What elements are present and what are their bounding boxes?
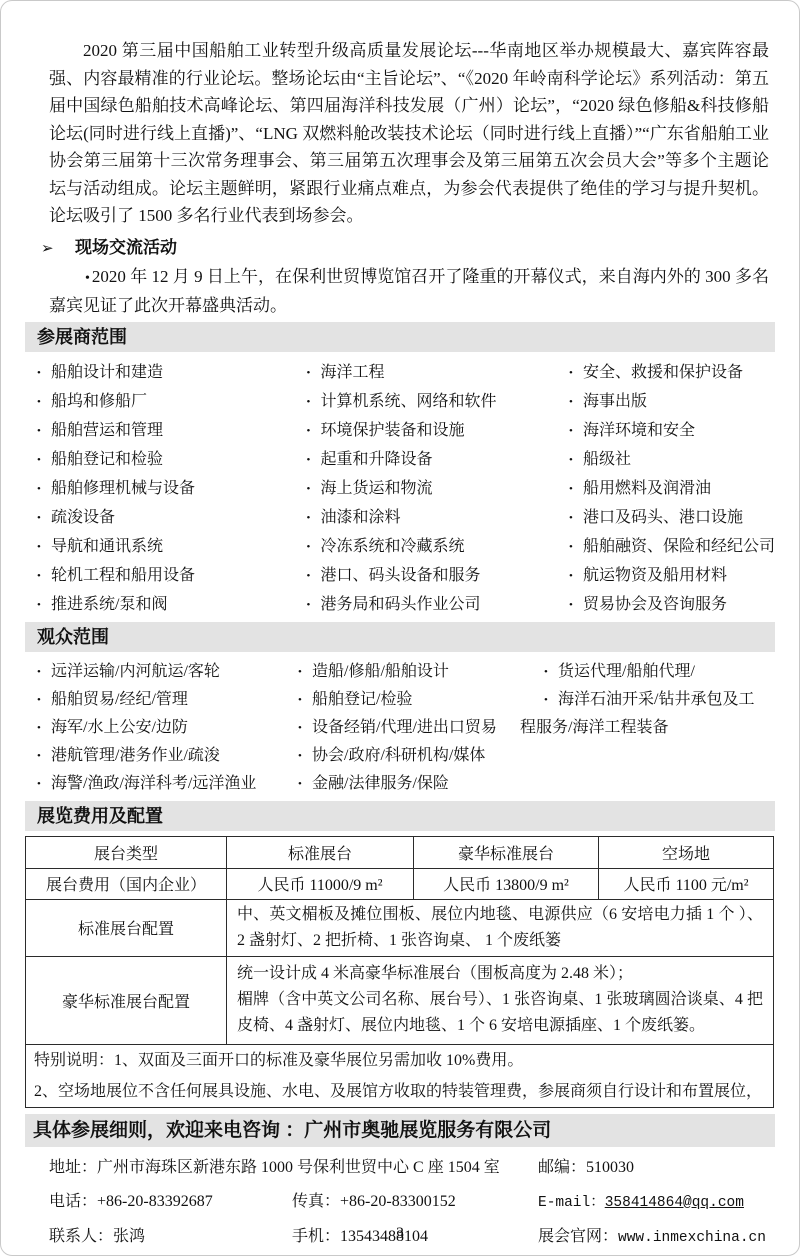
bullet-icon: • <box>544 686 558 714</box>
list-item: •轮机工程和船用设备 <box>37 561 306 590</box>
onsite-activities-heading: ➢现场交流活动 <box>41 235 769 261</box>
contact-header: 具体参展细则，欢迎来电咨询 ：广州市奥驰展览服务有限公司 <box>25 1114 775 1147</box>
list-item: •船舶营运和管理 <box>37 416 306 445</box>
list-item: •协会/政府/科研机构/媒体 <box>298 742 544 770</box>
section-header-fees: 展览费用及配置 <box>25 801 775 831</box>
address-field: 地址：广州市海珠区新港东路 1000 号保利世贸中心 C 座 1504 室 <box>49 1151 538 1185</box>
bullet-icon: • <box>37 658 51 686</box>
bullet-icon: • <box>306 417 320 445</box>
bullet-icon: • <box>85 271 90 286</box>
onsite-activities-title: 现场交流活动 <box>75 238 177 257</box>
bullet-icon: • <box>37 417 51 445</box>
list-item: •海警/渔政/海洋科考/远洋渔业 <box>37 770 298 798</box>
bullet-icon: • <box>37 686 51 714</box>
list-item: •船舶贸易/经纪/管理 <box>37 686 298 714</box>
list-item: •推进系统/泵和阀 <box>37 590 306 619</box>
column-header: 豪华标准展台 <box>414 836 599 868</box>
onsite-paragraph: •2020 年 12 月 9 日上午，在保利世贸博览馆召开了隆重的开幕仪式，来自… <box>49 263 769 320</box>
bullet-icon: • <box>306 504 320 532</box>
bullet-icon: • <box>306 475 320 503</box>
fee-raw-space: 人民币 1100 元/m² <box>599 868 774 899</box>
special-note-cell: 特别说明：1、双面及三面开口的标准及豪华展位另需加收 10%费用。 2、空场地展… <box>26 1044 774 1107</box>
exhibitor-column-1: •船舶设计和建造 •船坞和修船厂 •船舶营运和管理 •船舶登记和检验 •船舶修理… <box>37 358 306 619</box>
phone-field: 电话：+86-20-83392687 <box>49 1185 292 1220</box>
list-item: •海洋工程 <box>306 358 569 387</box>
address-label: 地址： <box>49 1159 97 1176</box>
exhibitor-scope-list: •船舶设计和建造 •船坞和修船厂 •船舶营运和管理 •船舶登记和检验 •船舶修理… <box>37 358 775 619</box>
column-header: 标准展台 <box>227 836 414 868</box>
deluxe-config-line2: 楣牌（含中英文公司名称、展台号）、1 张咨询桌、1 张玻璃圆洽谈桌、4 把皮椅、… <box>237 987 763 1039</box>
address-value: 广州市海珠区新港东路 1000 号保利世贸中心 C 座 1504 室 <box>97 1159 500 1176</box>
list-item: •船舶设计和建造 <box>37 358 306 387</box>
list-item: •环境保护装备和设施 <box>306 416 569 445</box>
fax-value: +86-20-83300152 <box>340 1193 456 1210</box>
column-header: 展台类型 <box>26 836 227 868</box>
bullet-icon: • <box>569 533 583 561</box>
bullet-icon: • <box>569 359 583 387</box>
list-item: •安全、救援和保护设备 <box>569 358 775 387</box>
bullet-icon: • <box>298 714 312 742</box>
bullet-icon: • <box>298 742 312 770</box>
list-item: •设备经销/代理/进出口贸易 <box>298 714 544 742</box>
list-item: •船舶登记/检验 <box>298 686 544 714</box>
list-item: •船级社 <box>569 445 775 474</box>
exhibitor-column-2: •海洋工程 •计算机系统、网络和软件 •环境保护装备和设施 •起重和升降设备 •… <box>306 358 569 619</box>
bullet-icon: • <box>298 770 312 798</box>
fee-deluxe: 人民币 13800/9 m² <box>414 868 599 899</box>
list-item: •疏浚设备 <box>37 503 306 532</box>
list-item: •航运物资及船用材料 <box>569 561 775 590</box>
fax-label: 传真： <box>292 1193 340 1210</box>
fax-field: 传真：+86-20-83300152 <box>292 1185 538 1220</box>
list-item: •港口、码头设备和服务 <box>306 561 569 590</box>
postcode-label: 邮编： <box>538 1159 586 1176</box>
row-label: 豪华标准展台配置 <box>26 956 227 1044</box>
bullet-icon: • <box>544 658 558 686</box>
list-item: •起重和升降设备 <box>306 445 569 474</box>
bullet-icon: • <box>37 446 51 474</box>
visitor-scope-list: •远洋运输/内河航运/客轮 •船舶贸易/经纪/管理 •海军/水上公安/边防 •港… <box>37 658 775 798</box>
bullet-icon: • <box>306 446 320 474</box>
bullet-icon: • <box>569 591 583 619</box>
list-item: •金融/法律服务/保险 <box>298 770 544 798</box>
deluxe-config-text: 统一设计成 4 米高豪华标准展台（围板高度为 2.48 米）； 楣牌（含中英文公… <box>227 956 774 1044</box>
email-link[interactable]: 358414864@qq.com <box>605 1195 744 1211</box>
table-row-fees: 展台费用（国内企业） 人民币 11000/9 m² 人民币 13800/9 m²… <box>26 868 774 899</box>
page-number: 3 <box>1 1225 799 1243</box>
bullet-icon: • <box>306 388 320 416</box>
visitor-column-3: •货运代理/船舶代理/ •海洋石油开采/钻井承包及工 程服务/海洋工程装备 <box>544 658 775 798</box>
phone-value: +86-20-83392687 <box>97 1193 213 1210</box>
list-item: •港航管理/港务作业/疏浚 <box>37 742 298 770</box>
section-header-exhibitor-scope: 参展商范围 <box>25 322 775 352</box>
bullet-icon: • <box>37 359 51 387</box>
postcode-value: 510030 <box>586 1159 634 1176</box>
bullet-icon: • <box>306 591 320 619</box>
bullet-icon: • <box>569 475 583 503</box>
bullet-icon: • <box>37 714 51 742</box>
table-row-standard-config: 标准展台配置 中、英文楣板及摊位围板、展位内地毯、电源供应（6 安培电力插 1 … <box>26 899 774 956</box>
list-item: •计算机系统、网络和软件 <box>306 387 569 416</box>
special-note-line1: 特别说明：1、双面及三面开口的标准及豪华展位另需加收 10%费用。 <box>34 1045 765 1076</box>
bullet-icon: • <box>37 770 51 798</box>
list-item: •海军/水上公安/边防 <box>37 714 298 742</box>
visitor-column-1: •远洋运输/内河航运/客轮 •船舶贸易/经纪/管理 •海军/水上公安/边防 •港… <box>37 658 298 798</box>
list-item: •海洋石油开采/钻井承包及工 <box>544 686 775 714</box>
list-item: •贸易协会及咨询服务 <box>569 590 775 619</box>
list-item: •海事出版 <box>569 387 775 416</box>
list-item-continuation: 程服务/海洋工程装备 <box>520 714 775 742</box>
bullet-icon: • <box>37 533 51 561</box>
list-item: •冷冻系统和冷藏系统 <box>306 532 569 561</box>
list-item: •货运代理/船舶代理/ <box>544 658 775 686</box>
document-page: 2020 第三届中国船舶工业转型升级高质量发展论坛---华南地区举办规模最大、嘉… <box>0 0 800 1256</box>
standard-config-text: 中、英文楣板及摊位围板、展位内地毯、电源供应（6 安培电力插 1 个 ）、2 盏… <box>227 899 774 956</box>
email-field: E-mail：358414864@qq.com <box>538 1185 771 1220</box>
list-item: •港务局和码头作业公司 <box>306 590 569 619</box>
list-item: •船舶修理机械与设备 <box>37 474 306 503</box>
bullet-icon: • <box>569 388 583 416</box>
list-item: •港口及码头、港口设施 <box>569 503 775 532</box>
onsite-text: 2020 年 12 月 9 日上午，在保利世贸博览馆召开了隆重的开幕仪式，来自海… <box>49 267 769 316</box>
bullet-icon: • <box>298 686 312 714</box>
list-item: •船舶登记和检验 <box>37 445 306 474</box>
list-item: •导航和通讯系统 <box>37 532 306 561</box>
section-header-visitor-scope: 观众范围 <box>25 622 775 652</box>
bullet-icon: • <box>298 658 312 686</box>
bullet-icon: • <box>37 562 51 590</box>
list-item: •海上货运和物流 <box>306 474 569 503</box>
bullet-icon: • <box>569 562 583 590</box>
fee-table: 展台类型 标准展台 豪华标准展台 空场地 展台费用（国内企业） 人民币 1100… <box>25 836 774 1108</box>
contact-row-address: 地址：广州市海珠区新港东路 1000 号保利世贸中心 C 座 1504 室 邮编… <box>49 1151 771 1185</box>
list-item: •船坞和修船厂 <box>37 387 306 416</box>
table-row-deluxe-config: 豪华标准展台配置 统一设计成 4 米高豪华标准展台（围板高度为 2.48 米）；… <box>26 956 774 1044</box>
visitor-column-2: •造船/修船/船舶设计 •船舶登记/检验 •设备经销/代理/进出口贸易 •协会/… <box>298 658 544 798</box>
list-item: •油漆和涂料 <box>306 503 569 532</box>
email-label: E-mail： <box>538 1195 605 1211</box>
list-item: •船舶融资、保险和经纪公司 <box>569 532 775 561</box>
list-item: •造船/修船/船舶设计 <box>298 658 544 686</box>
bullet-icon: • <box>37 742 51 770</box>
list-item: •船用燃料及润滑油 <box>569 474 775 503</box>
deluxe-config-line1: 统一设计成 4 米高豪华标准展台（围板高度为 2.48 米）； <box>237 961 763 987</box>
bullet-icon: • <box>569 446 583 474</box>
row-label: 展台费用（国内企业） <box>26 868 227 899</box>
bullet-icon: • <box>306 533 320 561</box>
row-label: 标准展台配置 <box>26 899 227 956</box>
postcode-field: 邮编：510030 <box>538 1151 771 1185</box>
bullet-icon: • <box>306 562 320 590</box>
arrowhead-bullet-icon: ➢ <box>41 236 75 262</box>
bullet-icon: • <box>569 417 583 445</box>
bullet-icon: • <box>37 475 51 503</box>
exhibitor-column-3: •安全、救援和保护设备 •海事出版 •海洋环境和安全 •船级社 •船用燃料及润滑… <box>569 358 775 619</box>
bullet-icon: • <box>37 504 51 532</box>
fee-standard: 人民币 11000/9 m² <box>227 868 414 899</box>
intro-paragraph: 2020 第三届中国船舶工业转型升级高质量发展论坛---华南地区举办规模最大、嘉… <box>49 37 769 230</box>
table-header-row: 展台类型 标准展台 豪华标准展台 空场地 <box>26 836 774 868</box>
bullet-icon: • <box>569 504 583 532</box>
list-item: •海洋环境和安全 <box>569 416 775 445</box>
bullet-icon: • <box>37 591 51 619</box>
bullet-icon: • <box>306 359 320 387</box>
special-note-line2: 2、空场地展位不含任何展具设施、水电、及展馆方收取的特装管理费，参展商须自行设计… <box>34 1076 765 1107</box>
list-item: •远洋运输/内河航运/客轮 <box>37 658 298 686</box>
column-header: 空场地 <box>599 836 774 868</box>
contact-row-phone: 电话：+86-20-83392687 传真：+86-20-83300152 E-… <box>49 1185 771 1220</box>
phone-label: 电话： <box>49 1193 97 1210</box>
bullet-icon: • <box>37 388 51 416</box>
table-row-special-note: 特别说明：1、双面及三面开口的标准及豪华展位另需加收 10%费用。 2、空场地展… <box>26 1044 774 1107</box>
